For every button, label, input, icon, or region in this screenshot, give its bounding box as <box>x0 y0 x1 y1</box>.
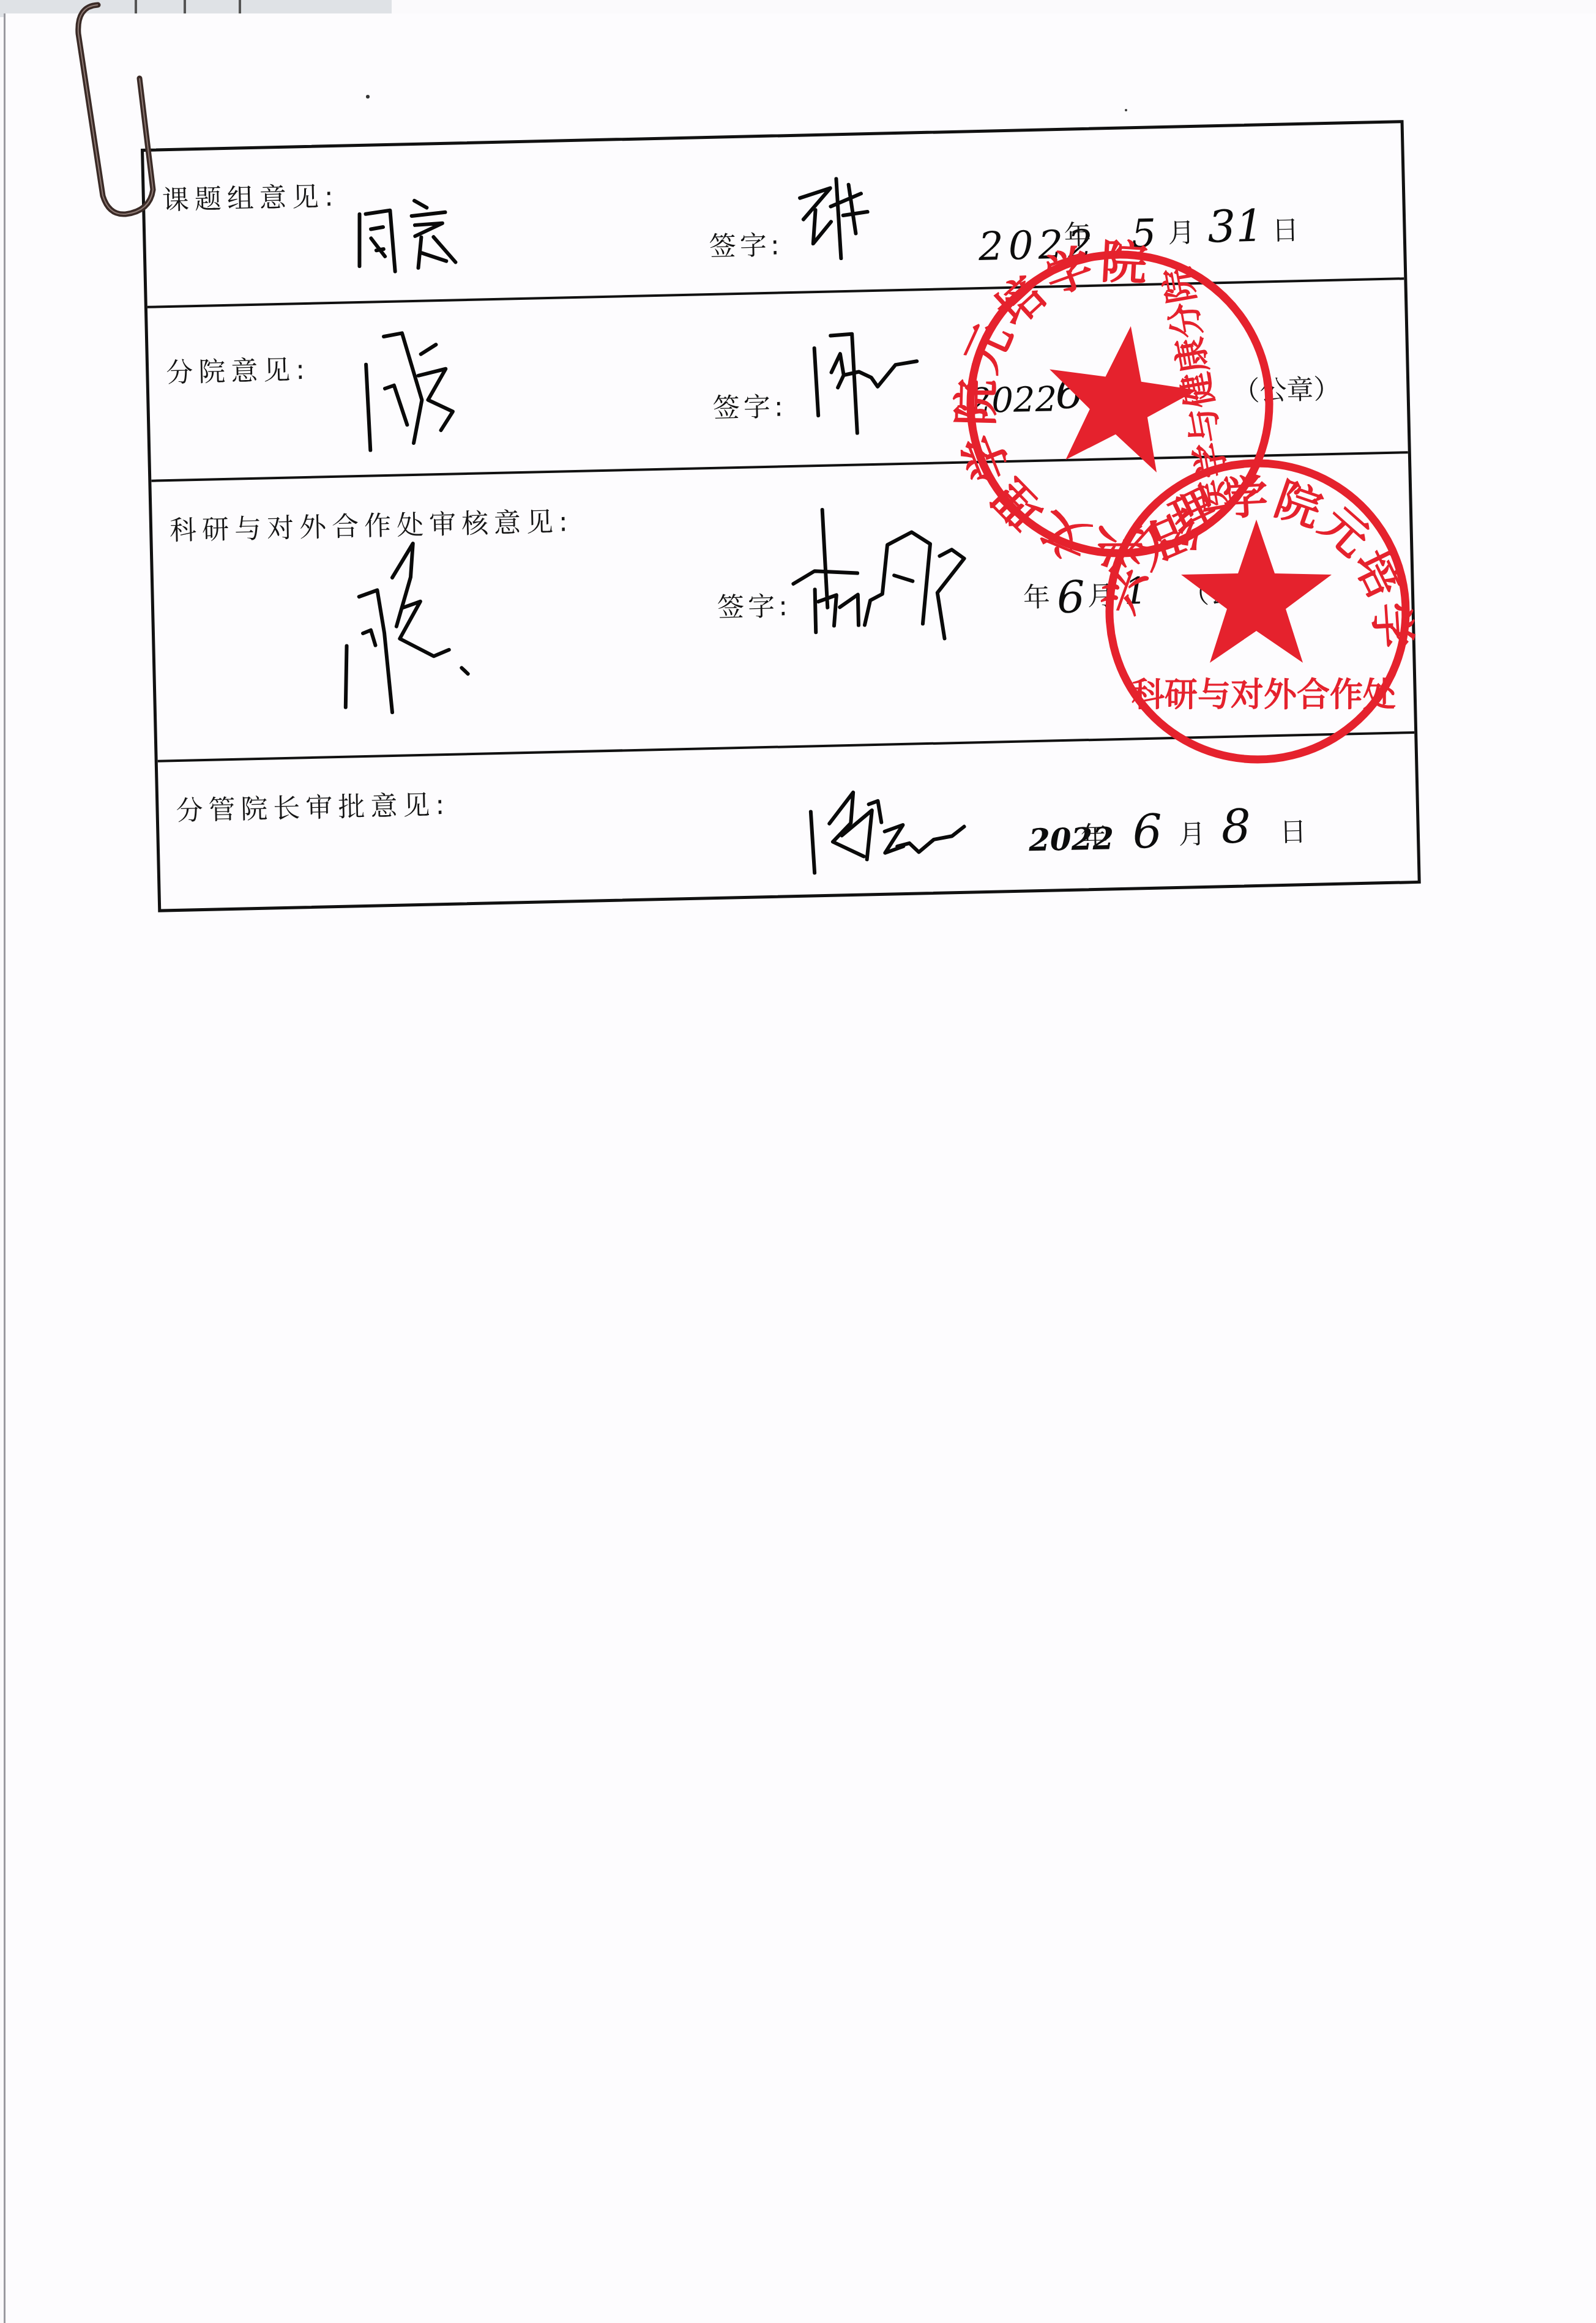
speck <box>1125 109 1127 111</box>
date-month-handwritten: 6 <box>1132 804 1163 859</box>
seal-2-inner-text: 科研与对外合作处 <box>1132 676 1396 714</box>
signature-label: 签字: <box>709 223 783 264</box>
date-day-unit: 日 <box>1272 208 1299 248</box>
handwritten-signature <box>809 327 928 434</box>
date-year-unit: 年 <box>1023 575 1050 614</box>
date-day-unit: 日 <box>1279 810 1307 849</box>
handwritten-opinion <box>340 539 503 720</box>
paper-clip-icon <box>0 0 184 233</box>
label-research-office-opinion: 科研与对外合作处审核意见: <box>169 499 573 548</box>
date-year-unit: 年 <box>1080 814 1108 854</box>
handwritten-opinion <box>353 193 465 275</box>
label-project-team-opinion: 课题组意见: <box>162 174 339 218</box>
star-icon <box>1181 520 1332 663</box>
official-seal-research-office: 绍兴文理学院元培学院 科研与对外合作处 <box>1102 454 1414 769</box>
signature-label: 签字: <box>712 384 787 425</box>
label-branch-opinion: 分院意见: <box>166 348 311 390</box>
speck <box>366 95 370 99</box>
date-month-handwritten: 6 <box>1056 571 1086 623</box>
label-vice-president-approval: 分管院长审批意见: <box>176 783 450 828</box>
date-day-handwritten: 8 <box>1221 799 1251 854</box>
date-month-unit: 月 <box>1178 812 1206 852</box>
handwritten-signature <box>793 159 893 259</box>
handwritten-signature <box>804 783 1002 885</box>
handwritten-opinion <box>359 326 466 450</box>
signature-label: 签字: <box>717 584 791 625</box>
